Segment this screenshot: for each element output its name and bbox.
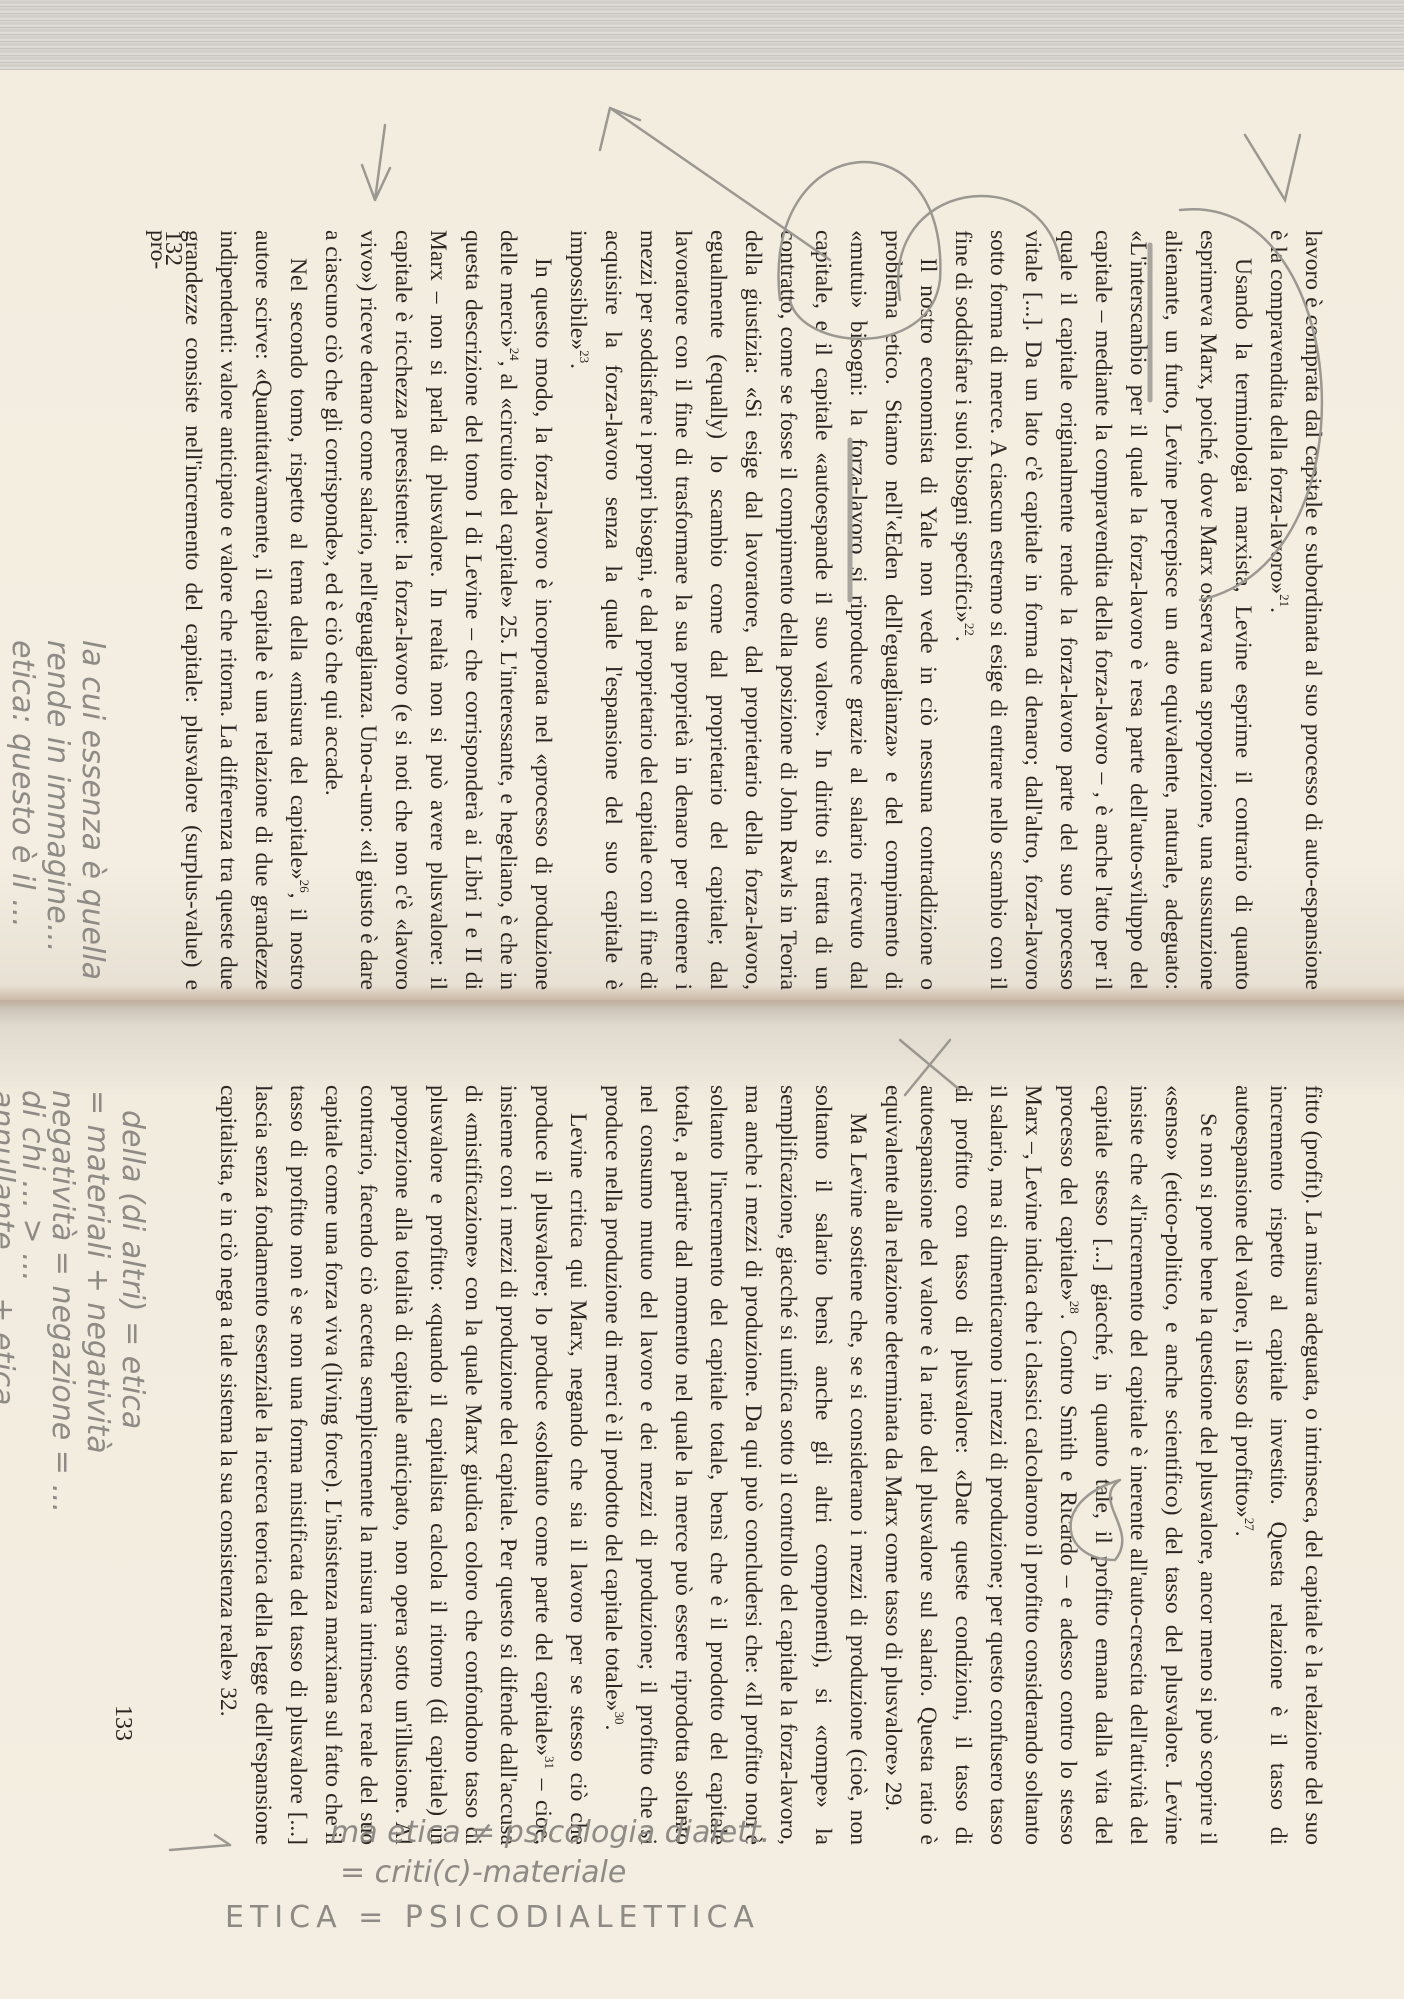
page-number: 132 <box>155 230 190 266</box>
paragraph-tail: . <box>950 636 976 642</box>
paragraph-tail: – cioè, insieme con i mezzi di produzion… <box>215 1085 556 1845</box>
paragraph: Nel secondo tomo, rispetto al tema della… <box>140 230 315 990</box>
paragraph: fitto (profit). La misura adeguata, o in… <box>1225 1085 1330 1845</box>
paragraph-tail: . Contro Smith e Ricardo – e adesso cont… <box>880 1085 1081 1845</box>
paragraph: Ma Levine sostiene che, se si consideran… <box>595 1085 875 1845</box>
handwritten-margin-note: etica: questo è il ... <box>5 640 40 928</box>
handwritten-margin-note: rende in immagine... <box>40 640 75 952</box>
footnote-ref: 26 <box>297 880 312 893</box>
handwritten-margin-note: = materiali + negatività <box>80 1090 115 1454</box>
paragraph-tail: , al «circuito del capitale» 25. L'inter… <box>320 230 521 990</box>
footnote-ref: 31 <box>542 1756 557 1769</box>
footnote-ref: 21 <box>1277 594 1292 607</box>
handwritten-note: ETICA = PSICODIALETTICA <box>225 1900 760 1935</box>
handwritten-margin-note: della (di altri) = etica <box>115 1110 150 1429</box>
handwritten-note: ma etica ≠ psicologia dialett. <box>330 1815 770 1850</box>
paragraph-tail: . <box>1230 1531 1256 1537</box>
paragraph-text: Ma Levine sostiene che, se si consideran… <box>600 1085 871 1845</box>
paragraph-text: Levine critica qui Marx, negando che sia… <box>530 1085 591 1845</box>
footnote-ref: 28 <box>1067 1301 1082 1314</box>
paragraph: Se non si pone bene la questione del plu… <box>875 1085 1225 1845</box>
footnote-ref: 24 <box>507 348 522 361</box>
paragraph: In questo modo, la forza-lavoro è incorp… <box>315 230 560 990</box>
paragraph-tail: . <box>565 363 591 369</box>
paragraph-text: Il nostro economista di Yale non vede in… <box>565 230 941 990</box>
footnote-ref: 22 <box>962 623 977 636</box>
page-132-text: lavoro è comprata dal capitale e subordi… <box>140 230 1330 990</box>
paragraph-tail: . <box>600 1724 626 1730</box>
footnote-ref: 23 <box>577 350 592 363</box>
footnote-ref: 30 <box>612 1711 627 1724</box>
handwritten-margin-note: negatività = negazione = ... <box>45 1090 80 1513</box>
book-gutter <box>0 985 1404 1025</box>
paragraph-text: fitto (profit). La misura adeguata, o in… <box>1230 1085 1326 1845</box>
page-number: 133 <box>105 1705 140 1741</box>
footnote-ref: 27 <box>1242 1518 1257 1531</box>
paragraph-tail: . <box>1265 607 1291 613</box>
book-page-edges <box>0 0 1404 70</box>
handwritten-note: = criti(c)-materiale <box>340 1855 626 1890</box>
handwritten-margin-note: annullante ... + etica <box>0 1090 20 1406</box>
paragraph: lavoro è comprata dal capitale e subordi… <box>1260 230 1330 990</box>
page-133-text: fitto (profit). La misura adeguata, o in… <box>210 1085 1330 1845</box>
paragraph-text: Usando la terminologia marxista, Levine … <box>950 230 1256 990</box>
paragraph: Levine critica qui Marx, negando che sia… <box>210 1085 595 1845</box>
paragraph: Usando la terminologia marxista, Levine … <box>945 230 1260 990</box>
handwritten-margin-note: la cui essenza è quella <box>75 640 110 980</box>
paragraph-text: Nel secondo tomo, rispetto al tema della… <box>285 258 311 880</box>
paragraph: Il nostro economista di Yale non vede in… <box>560 230 945 990</box>
handwritten-margin-note: di chi ... > ... <box>15 1090 50 1282</box>
